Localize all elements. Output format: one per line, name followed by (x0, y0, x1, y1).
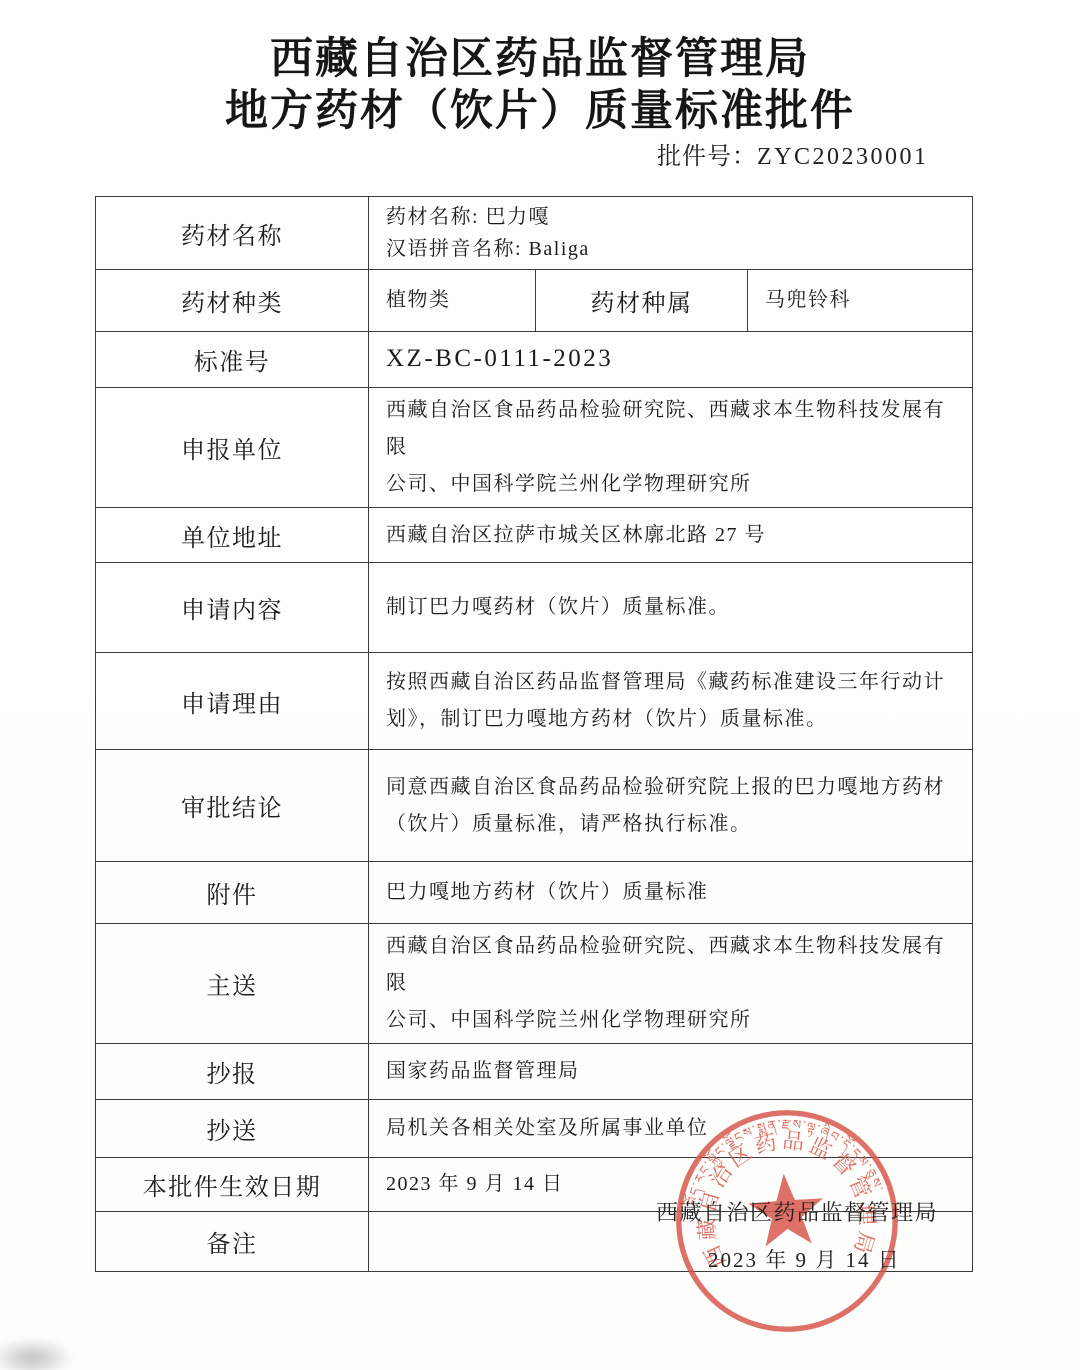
footer-date: 2023 年 9 月 14 日 (708, 1244, 901, 1274)
approval-number: 批件号：ZYC20230001 (657, 136, 957, 171)
row-value: 西藏自治区拉萨市城关区林廓北路 27 号 (369, 508, 973, 563)
document-page: 西藏自治区药品监督管理局 地方药材（饮片）质量标准批件 批件号：ZYC20230… (0, 0, 1080, 1370)
row-label: 申报单位 (96, 388, 369, 508)
row-label: 标准号 (96, 332, 369, 388)
row-label: 附件 (96, 862, 369, 924)
row-value: 巴力嘎地方药材（饮片）质量标准 (369, 862, 973, 924)
row-value: 植物类 (369, 270, 536, 332)
row-label: 单位地址 (96, 508, 369, 563)
row-label: 抄送 (96, 1100, 369, 1158)
row-label: 申请理由 (96, 653, 369, 750)
title-line-1: 西藏自治区药品监督管理局 (0, 34, 1080, 86)
row-value: 西藏自治区食品药品检验研究院、西藏求本生物科技发展有限 公司、中国科学院兰州化学… (369, 388, 973, 508)
row-value: 同意西藏自治区食品药品检验研究院上报的巴力嘎地方药材 （饮片）质量标准，请严格执… (369, 750, 973, 862)
table-row-approval-conclusion: 审批结论 同意西藏自治区食品药品检验研究院上报的巴力嘎地方药材 （饮片）质量标准… (96, 750, 973, 862)
row-value: 药材名称: 巴力嘎 汉语拼音名称: Baliga (369, 197, 973, 270)
row-label: 审批结论 (96, 750, 369, 862)
table-row-main-recipient: 主送 西藏自治区食品药品检验研究院、西藏求本生物科技发展有限 公司、中国科学院兰… (96, 924, 973, 1044)
table-row-request-content: 申请内容 制订巴力嘎药材（饮片）质量标准。 (96, 563, 973, 653)
document-title: 西藏自治区药品监督管理局 地方药材（饮片）质量标准批件 (0, 34, 1080, 139)
table-row-medicine-type: 药材种类 植物类 药材种属 马兜铃科 (96, 270, 973, 332)
scan-smudge-artifact (0, 1338, 72, 1370)
table-row-applicant: 申报单位 西藏自治区食品药品检验研究院、西藏求本生物科技发展有限 公司、中国科学… (96, 388, 973, 508)
row-label: 备注 (96, 1212, 369, 1272)
table-row-report-copy: 抄报 国家药品监督管理局 (96, 1044, 973, 1100)
table-row-standard-no: 标准号 XZ-BC-0111-2023 (96, 332, 973, 388)
row-label-genus: 药材种属 (536, 270, 748, 332)
row-value: XZ-BC-0111-2023 (369, 332, 973, 388)
row-value: 国家药品监督管理局 (369, 1044, 973, 1100)
table-row-address: 单位地址 西藏自治区拉萨市城关区林廓北路 27 号 (96, 508, 973, 563)
table-row-attachment: 附件 巴力嘎地方药材（饮片）质量标准 (96, 862, 973, 924)
row-value: 制订巴力嘎药材（饮片）质量标准。 (369, 563, 973, 653)
row-label: 申请内容 (96, 563, 369, 653)
row-label: 抄报 (96, 1044, 369, 1100)
row-label: 药材种类 (96, 270, 369, 332)
table-row-medicine-name: 药材名称 药材名称: 巴力嘎 汉语拼音名称: Baliga (96, 197, 973, 270)
title-line-2: 地方药材（饮片）质量标准批件 (0, 86, 1080, 138)
row-value-genus: 马兜铃科 (748, 270, 973, 332)
approval-number-value: ZYC20230001 (757, 144, 929, 170)
row-label: 药材名称 (96, 197, 369, 270)
row-label: 本批件生效日期 (96, 1158, 369, 1212)
approval-number-label: 批件号： (657, 144, 757, 170)
row-label: 主送 (96, 924, 369, 1044)
footer-issuer: 西藏自治区药品监督管理局 (656, 1196, 938, 1227)
row-value: 西藏自治区食品药品检验研究院、西藏求本生物科技发展有限 公司、中国科学院兰州化学… (369, 924, 973, 1044)
table-row-request-reason: 申请理由 按照西藏自治区药品监督管理局《藏药标准建设三年行动计 划》，制订巴力嘎… (96, 653, 973, 750)
row-value: 按照西藏自治区药品监督管理局《藏药标准建设三年行动计 划》，制订巴力嘎地方药材（… (369, 653, 973, 750)
